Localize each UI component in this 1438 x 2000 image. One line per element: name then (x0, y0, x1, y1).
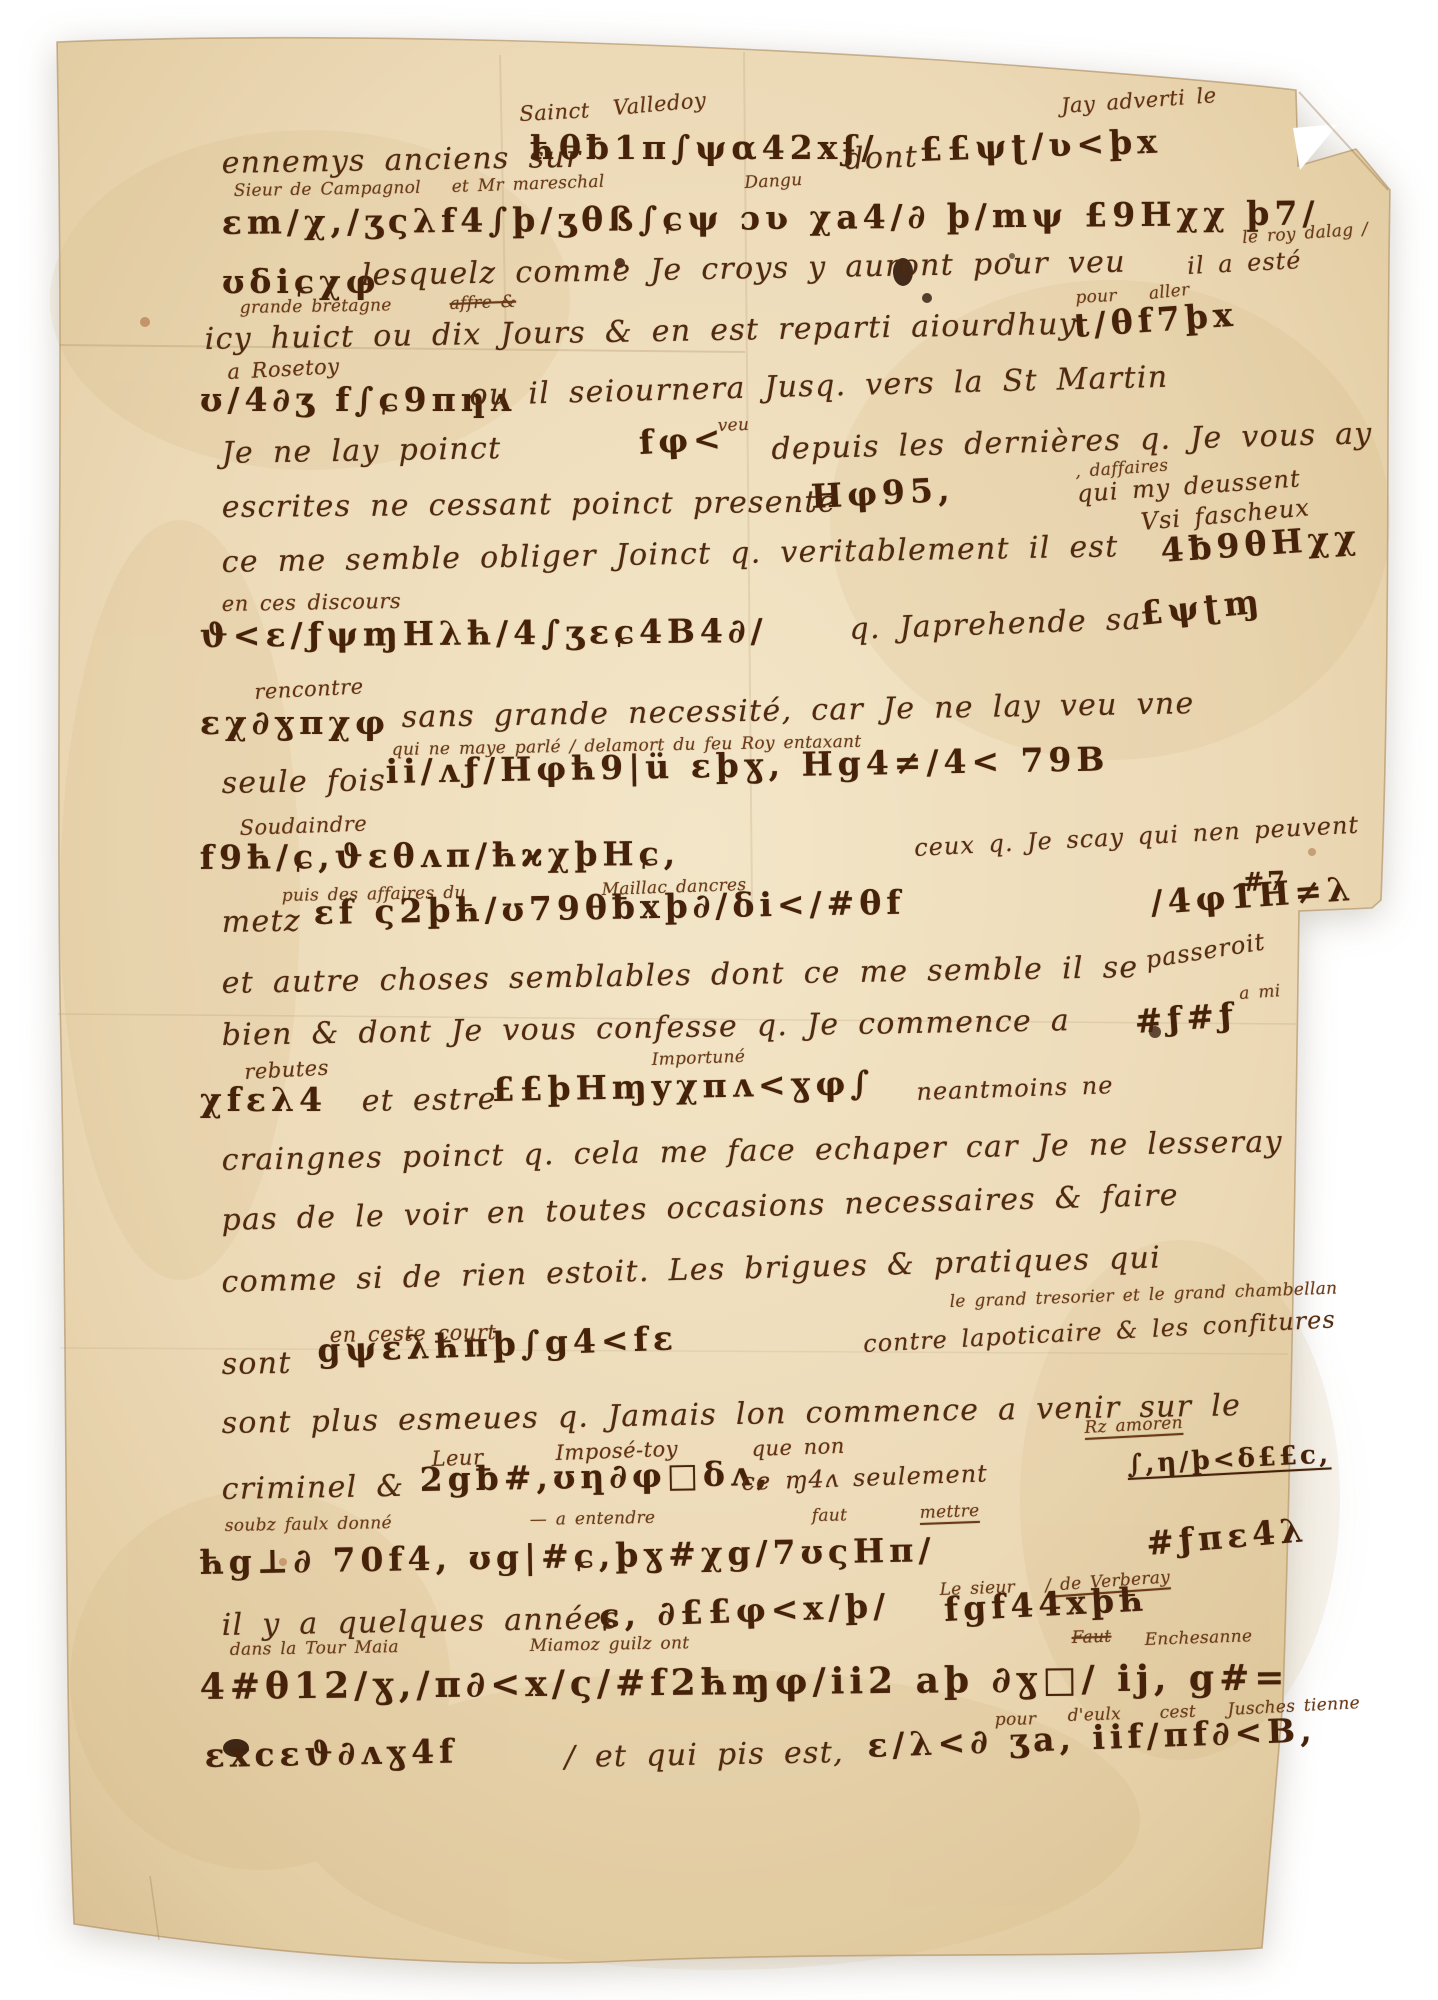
manuscript-line: sont (221, 1346, 292, 1382)
interlinear-annotation: grande bretagne (240, 295, 392, 318)
cipher-text: Hφ95, (810, 470, 955, 516)
manuscript-line: bien & dont Je vous confesse q. Je comme… (221, 1003, 1070, 1053)
interlinear-annotation: affre & (449, 292, 516, 314)
manuscript-line: seule fois (221, 763, 386, 801)
cipher-text: 4#θ12/ɣ,/π∂<x/ς/#f2ћɱφ/ii2 aþ ∂ɣ□/ ij, g… (200, 1656, 1290, 1708)
manuscript-line: neantmoins ne (916, 1071, 1114, 1106)
cipher-text: χfελ4 (200, 1080, 327, 1119)
cipher-text: #ƒπε4λ (1145, 1510, 1310, 1563)
interlinear-annotation: Rz amoren (1084, 1413, 1183, 1438)
interlinear-annotation: Faut (1071, 1627, 1111, 1648)
interlinear-annotation: et Mr mareschal (451, 172, 605, 197)
interlinear-annotation: mettre (919, 1501, 980, 1523)
cipher-text: ££þHɱyχπʌ<ɣφ∫ (491, 1063, 874, 1109)
manuscript-line: il a esté (1187, 246, 1303, 280)
manuscript-line: dont (844, 139, 919, 177)
interlinear-annotation: rencontre (254, 674, 364, 704)
cipher-text: ћg⊥∂ 70f4, ʊg|#ɕ,þɣ#χg/7ʊςHπ/ (199, 1530, 935, 1582)
interlinear-annotation: soubz faulx donné (225, 1513, 392, 1536)
interlinear-annotation: dans la Tour Maia (230, 1637, 399, 1660)
photo-canvas: SainctValledoyJay adverti leennemys anci… (0, 0, 1438, 2000)
manuscript-line: ceux q. Je scay qui nen peuvent (914, 811, 1360, 862)
cipher-text: ε/λ<∂ ʒa, iif/πf∂<B, (867, 1710, 1318, 1765)
interlinear-annotation: Jay adverti le (1060, 83, 1217, 118)
interlinear-annotation: Sainct (519, 98, 591, 126)
interlinear-annotation: Valledoy (612, 88, 707, 120)
interlinear-annotation: Enchesanne (1144, 1626, 1252, 1650)
cipher-text: £ψʈɱ (1138, 581, 1266, 633)
interlinear-annotation: Miamoz guilz ont (530, 1633, 690, 1656)
cipher-text: ћθƀ1π∫ψα42xʄ/ (530, 128, 879, 167)
cipher-text: εm/χ,/ʒςλf4∫þ/ʒθß∫ɕψ ɔʋ χa4/∂ þ/mψ £9Hχχ… (222, 193, 1320, 242)
cipher-text: εχ∂ɣπχφ (200, 703, 390, 742)
interlinear-annotation: Sieur de Campagnol (234, 178, 421, 201)
cipher-text: ɕ, ∂££φ<x/þ/ (599, 1586, 891, 1635)
cipher-text: /4φ1H≠λ (1149, 869, 1356, 922)
cipher-text: f9ћ/ɕ,ϑεθʌπ/ћϰχþHɕ, (200, 834, 681, 877)
manuscript-line: et autre choses semblables dont ce me se… (221, 950, 1138, 1001)
manuscript-line: ou il seiournera Jusq. vers la St Martin (469, 360, 1169, 413)
interlinear-annotation: en ces discours (222, 589, 402, 616)
interlinear-annotation: faut (812, 1505, 848, 1526)
cipher-text: 2gƀ#,ʊƞ∂φ□δʌ, (419, 1454, 773, 1499)
manuscript-line: q. Japrehende sa (849, 602, 1143, 647)
manuscript-line: pas de le voir en toutes occasions neces… (221, 1178, 1179, 1238)
cipher-text: ££ψʈ/ʋ<þx (919, 122, 1163, 169)
manuscript-line: craingnes poinct q. cela me face echaper… (221, 1124, 1283, 1178)
manuscript-line: escrites ne cessant poinct presente (222, 485, 837, 525)
manuscript-line: criminel & (221, 1469, 404, 1507)
manuscript-text-layer: SainctValledoyJay adverti leennemys anci… (0, 0, 1438, 2000)
manuscript-line: passeroit (1144, 927, 1268, 974)
interlinear-annotation: le grand tresorier et le grand chambella… (949, 1278, 1337, 1312)
manuscript-line: / et qui pis est, (564, 1735, 844, 1775)
manuscript-line: metz (221, 904, 301, 940)
cipher-text: ϑ<ε/ƒψɱHλћ/4∫ʒεɕ4B4∂/ (200, 611, 768, 655)
manuscript-line: et estre (361, 1082, 497, 1119)
interlinear-annotation: a mi (1239, 981, 1282, 1004)
manuscript-line: Je ne lay poinct (221, 431, 501, 471)
cipher-text: εxcεϑ∂ʌɣ4f (204, 1732, 458, 1775)
manuscript-line: ce me semble obliger Joinct q. veritable… (221, 529, 1118, 580)
cipher-text: fφ< (638, 419, 727, 462)
interlinear-annotation: Dangu (744, 170, 803, 193)
manuscript-line: contre lapoticaire & les confitures (863, 1305, 1337, 1358)
manuscript-line: ce ɱ4ʌ seulement (741, 1459, 988, 1496)
manuscript-line: sans grande necessité, car Je ne lay veu… (401, 686, 1194, 735)
cipher-text: ∫,η/þ<δ££c, (1126, 1439, 1331, 1480)
interlinear-annotation: — a entendre (530, 1508, 656, 1530)
manuscript-line: lesquelz comme Je croys y auront pour ve… (361, 245, 1126, 293)
manuscript-line: depuis les dernières q. Je vous ay (771, 416, 1373, 467)
cipher-text: #ƒ#ƒ (1133, 995, 1239, 1041)
